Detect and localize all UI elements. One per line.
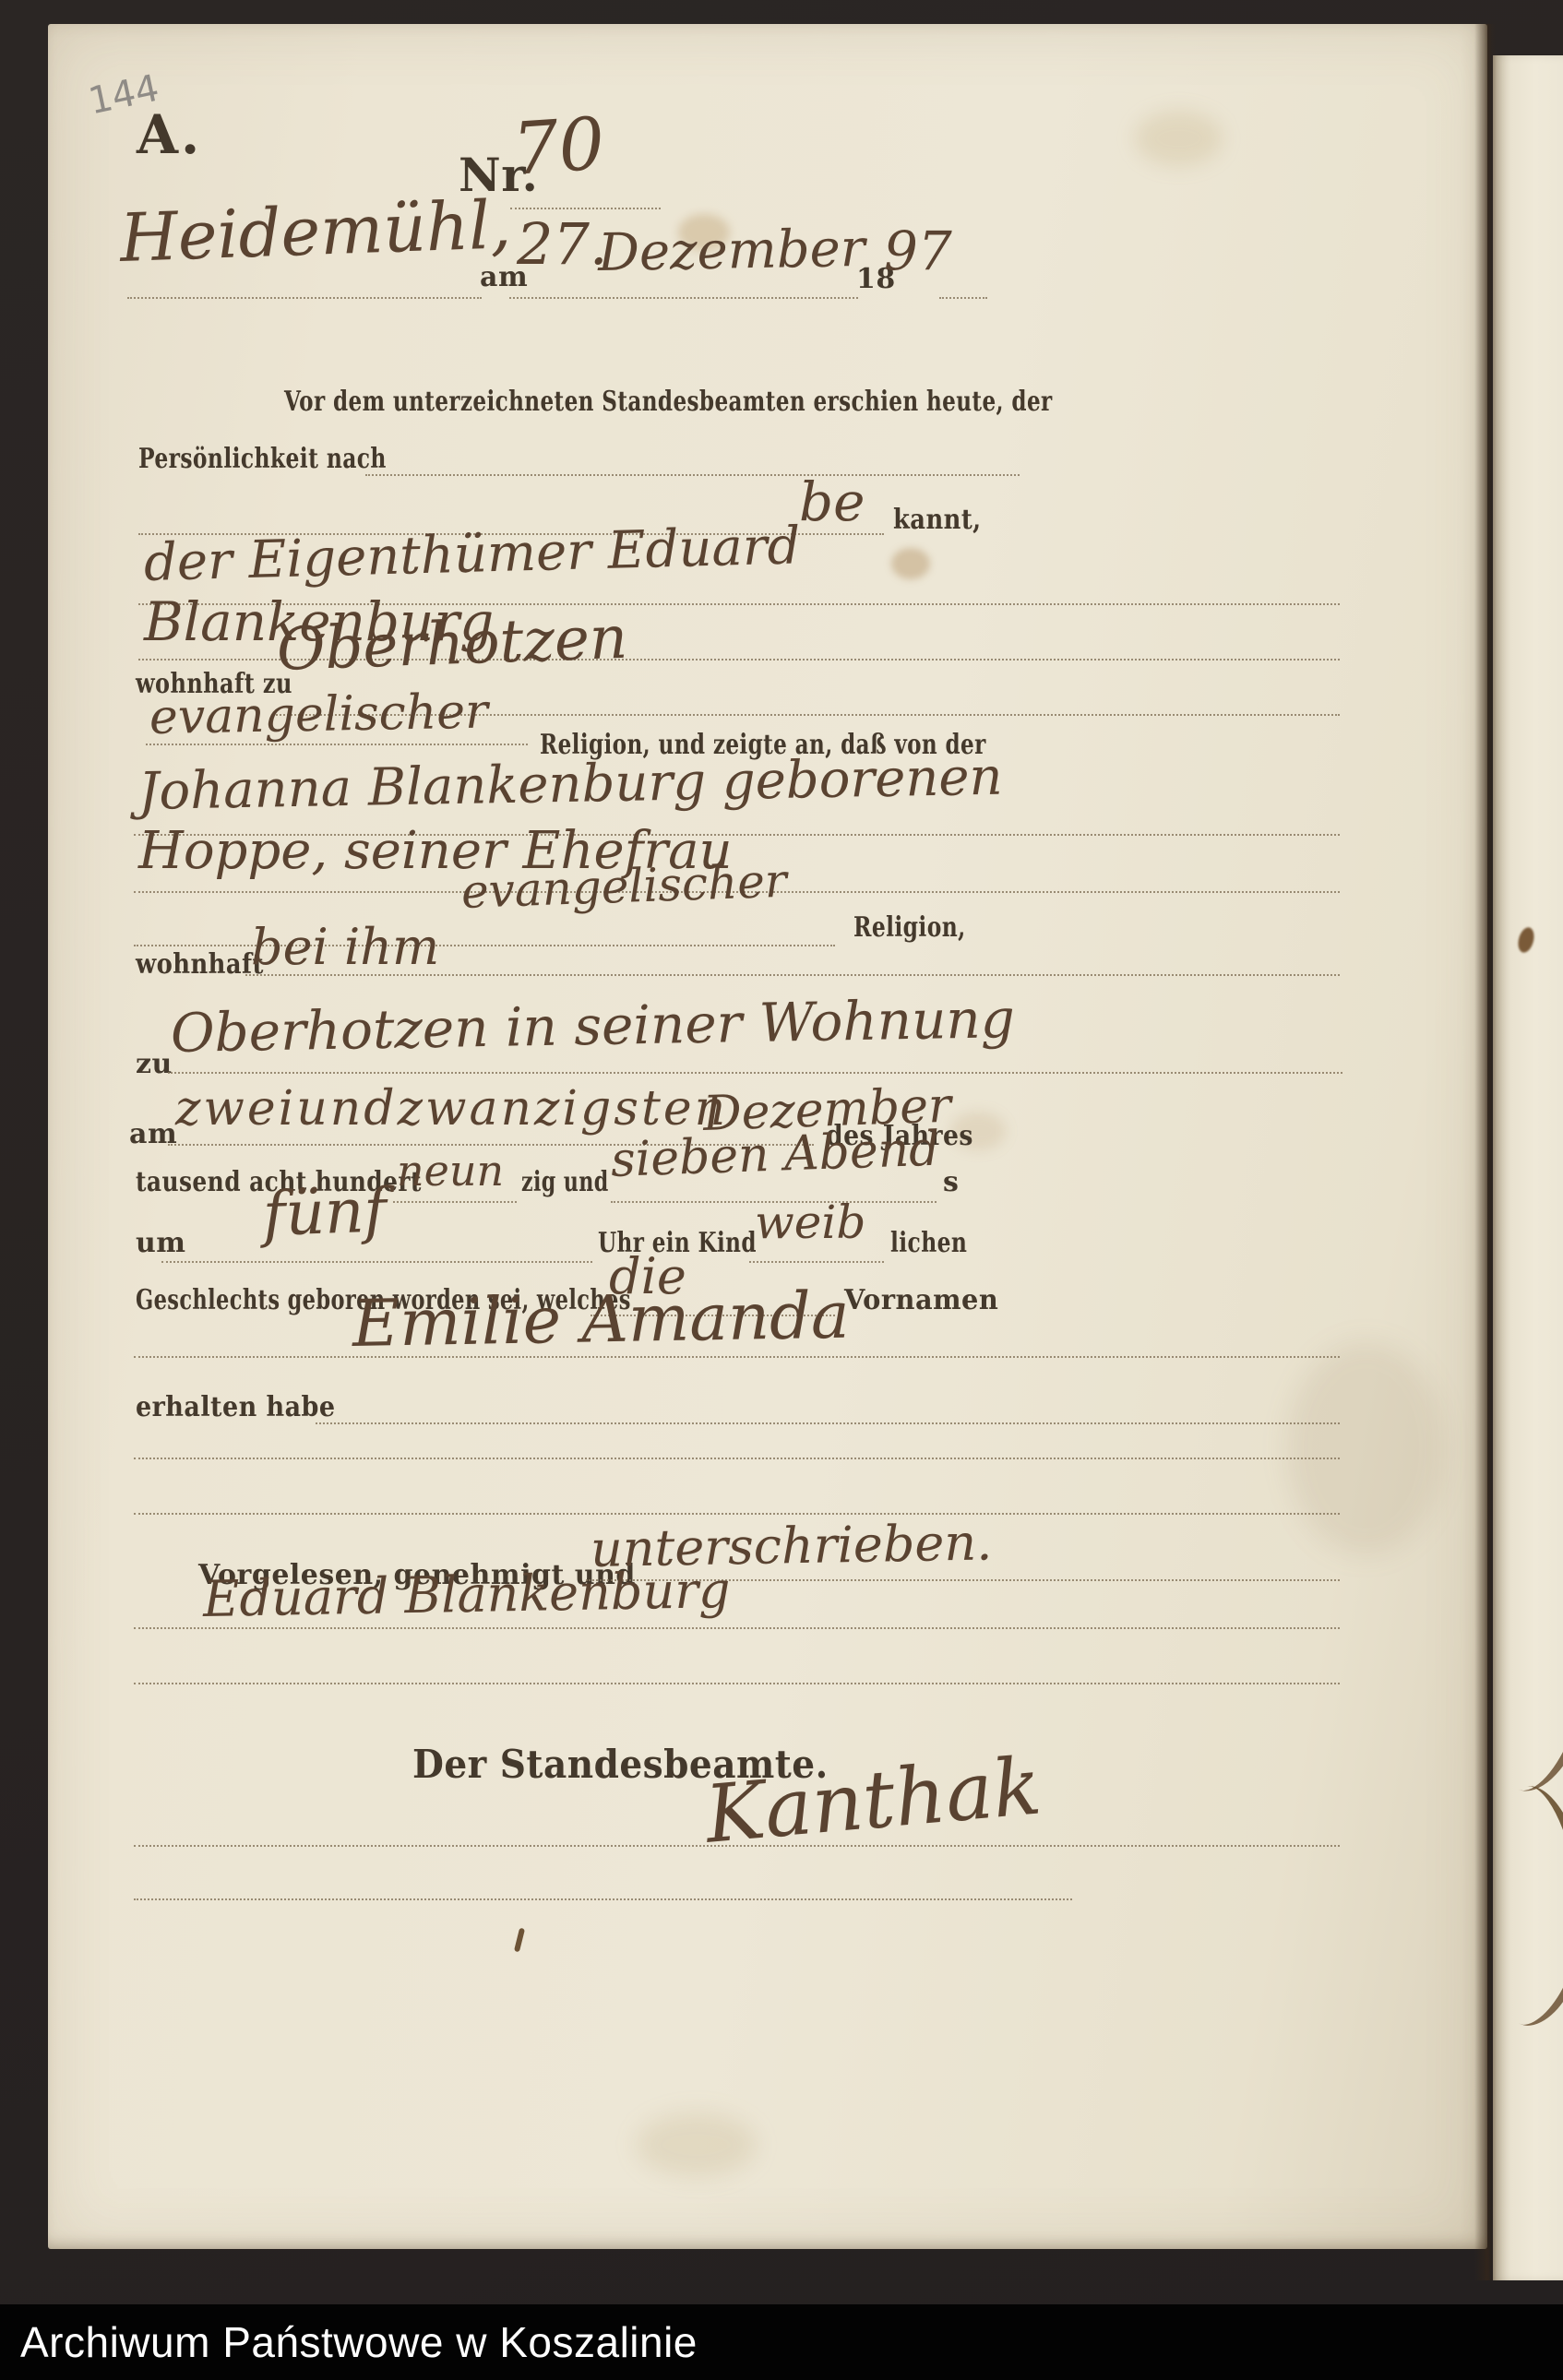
paper-stain: [1287, 1342, 1444, 1554]
identity-line: Persönlichkeit nach: [138, 443, 387, 475]
vornamen-printed: Vornamen: [844, 1284, 998, 1316]
dotted-line: [134, 1458, 1340, 1459]
dotted-line: [134, 1898, 1072, 1900]
section-letter: A.: [137, 103, 202, 166]
facing-page-edge: [1493, 55, 1563, 2280]
dotted-line: [316, 1422, 1340, 1424]
time-label: um: [136, 1227, 186, 1259]
residence-value: Oberhotzen: [276, 604, 629, 684]
dotted-line: [509, 297, 858, 299]
time-value: fünf: [262, 1174, 388, 1250]
archive-caption-bar: Archiwum Państwowe w Koszalinie: [0, 2304, 1563, 2380]
paper-stain: [891, 548, 930, 579]
received-printed: erhalten habe: [136, 1391, 336, 1423]
dotted-line: [134, 1845, 1340, 1847]
dotted-line: [134, 1627, 1340, 1629]
year-printed-2: zig und: [521, 1166, 609, 1198]
dotted-line: [393, 1201, 517, 1203]
dotted-line: [134, 945, 835, 946]
known-printed-word: kannt,: [893, 504, 982, 536]
dotted-line: [134, 1356, 1340, 1358]
date-day: 27.: [517, 210, 608, 278]
handwriting-fragment-stroke: [1493, 1638, 1563, 1803]
religion-2-value: evangelischer: [460, 854, 788, 919]
child-name: Emilie Amanda: [352, 1278, 850, 1362]
intro-line: Vor dem unterzeichneten Standesbeamten e…: [284, 386, 1053, 418]
sex-printed: lichen: [890, 1227, 967, 1259]
religion-2-printed: Religion,: [853, 911, 966, 944]
dotted-line: [134, 1513, 1340, 1515]
known-hand-word: be: [799, 470, 865, 533]
archive-name: Archiwum Państwowe w Koszalinie: [20, 2304, 1563, 2380]
date-month: Dezember: [597, 219, 865, 283]
paper-stain: [1135, 111, 1223, 166]
paper-stain: [637, 2112, 757, 2177]
year-printed-3: s: [943, 1166, 959, 1198]
dotted-line: [510, 208, 661, 209]
dotted-line: [365, 474, 1020, 476]
year-hand-1: neun: [397, 1146, 504, 1196]
dotted-line: [749, 1261, 884, 1263]
birthplace-label: zu: [136, 1048, 173, 1080]
birthday-value: zweiundzwanzigsten: [175, 1081, 728, 1136]
declarant-signature: Eduard Blankenburg: [202, 1561, 731, 1628]
archive-scan-viewer: 144 A. Nr. 70 Heidemühl, am 27. Dezember…: [0, 0, 1563, 2380]
dotted-line: [168, 1072, 1342, 1074]
place-name: Heidemühl,: [119, 185, 513, 277]
sex-hand: weib: [755, 1196, 865, 1249]
year-hand-2: sieben Abend: [610, 1122, 940, 1188]
dotted-line: [127, 297, 482, 299]
dotted-line: [134, 1683, 1340, 1684]
book-fold-shadow: [1474, 24, 1497, 2280]
ink-spot: [1516, 925, 1537, 954]
record-number-value: 70: [510, 102, 607, 192]
dotted-line: [146, 744, 528, 745]
dotted-line: [245, 974, 1340, 976]
date-year: 97: [884, 220, 952, 282]
mother-residence-value: bei ihm: [251, 918, 439, 976]
religion-1-value: evangelischer: [149, 684, 488, 745]
dotted-line: [161, 1261, 592, 1263]
dotted-line: [939, 297, 987, 299]
